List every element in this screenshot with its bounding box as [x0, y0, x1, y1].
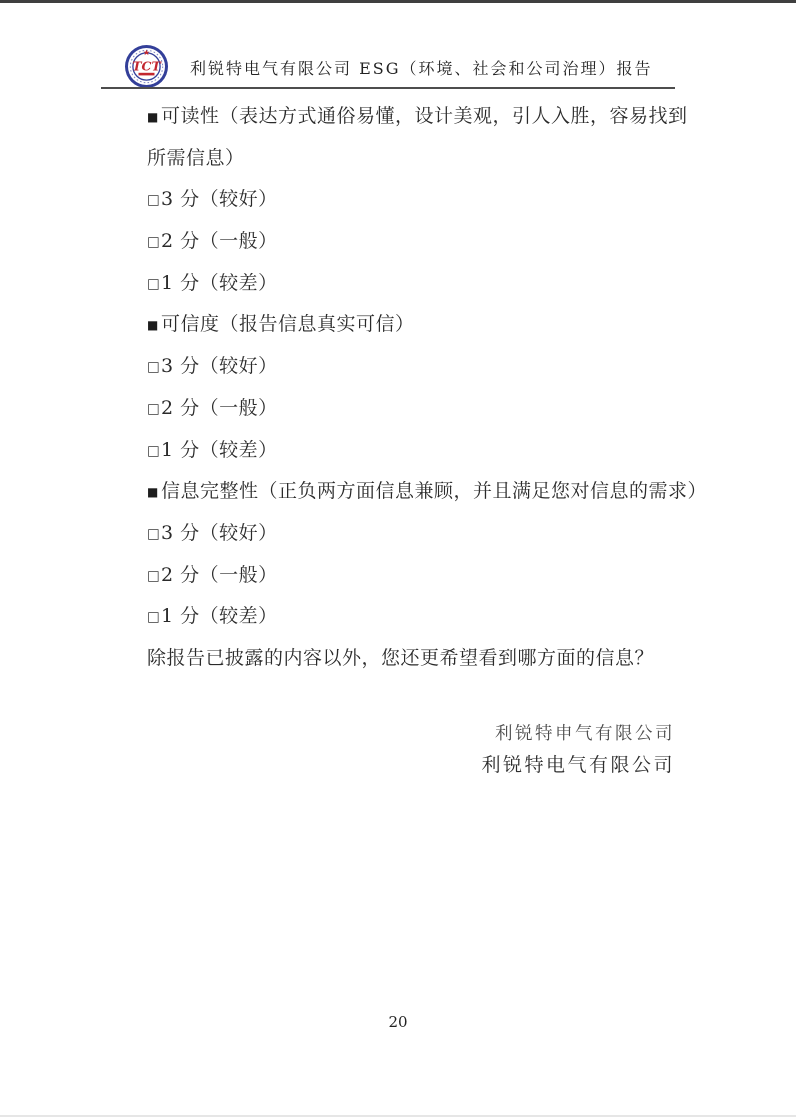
line-text: 3 分（较好） — [161, 355, 278, 377]
survey-line: □2 分（一般） — [147, 388, 747, 430]
line-marker-icon: □ — [147, 347, 161, 389]
survey-line: 除报告已披露的内容以外，您还更希望看到哪方面的信息？ — [147, 638, 747, 680]
survey-line: □2 分（一般） — [147, 555, 747, 597]
report-page: TCT 利锐特电气有限公司 ESG（环境、社会和公司治理）报告 ■可读性（表达方… — [0, 0, 796, 1117]
signature-company-name-light: 利锐特申气有限公司 — [481, 719, 675, 750]
line-marker-icon: □ — [147, 556, 161, 598]
survey-line: ■可读性（表达方式通俗易懂，设计美观，引人入胜，容易找到 — [147, 96, 747, 138]
line-text: 2 分（一般） — [161, 564, 278, 586]
page-top-edge — [0, 0, 796, 3]
line-text: 除报告已披露的内容以外，您还更希望看到哪方面的信息？ — [147, 647, 654, 669]
survey-line: 所需信息） — [147, 138, 747, 180]
survey-line: □2 分（一般） — [147, 221, 747, 263]
survey-line: ■可信度（报告信息真实可信） — [147, 304, 747, 346]
line-text: 1 分（较差） — [161, 272, 278, 294]
line-marker-icon: □ — [147, 222, 161, 264]
line-text: 1 分（较差） — [161, 439, 278, 461]
svg-text:TCT: TCT — [132, 59, 162, 74]
survey-line: □1 分（较差） — [147, 430, 747, 472]
line-text: 3 分（较好） — [161, 522, 278, 544]
line-marker-icon: □ — [147, 514, 161, 556]
line-marker-icon: □ — [147, 597, 161, 639]
line-text: 可读性（表达方式通俗易懂，设计美观，引人入胜，容易找到 — [161, 105, 688, 127]
line-text: 1 分（较差） — [161, 605, 278, 627]
line-marker-icon: ■ — [147, 97, 161, 139]
signature-block: 利锐特申气有限公司 利锐特电气有限公司 — [481, 719, 675, 781]
line-text: 所需信息） — [147, 147, 245, 169]
company-badge-logo: TCT — [124, 44, 169, 89]
line-text: 2 分（一般） — [161, 230, 278, 252]
line-marker-icon: ■ — [147, 305, 161, 347]
survey-line: □3 分（较好） — [147, 179, 747, 221]
survey-line: □3 分（较好） — [147, 513, 747, 555]
line-marker-icon: □ — [147, 431, 161, 473]
survey-line: □3 分（较好） — [147, 346, 747, 388]
company-badge-icon: TCT — [124, 44, 169, 89]
line-marker-icon: □ — [147, 389, 161, 431]
line-text: 可信度（报告信息真实可信） — [161, 313, 415, 335]
survey-line: □1 分（较差） — [147, 596, 747, 638]
survey-lines: ■可读性（表达方式通俗易懂，设计美观，引人入胜，容易找到 所需信息） □3 分（… — [147, 96, 747, 680]
survey-line: ■信息完整性（正负两方面信息兼顾，并且满足您对信息的需求） — [147, 471, 747, 513]
line-text: 信息完整性（正负两方面信息兼顾，并且满足您对信息的需求） — [161, 480, 707, 502]
line-marker-icon: □ — [147, 180, 161, 222]
page-number: 20 — [0, 1013, 796, 1031]
survey-line: □1 分（较差） — [147, 263, 747, 305]
line-marker-icon: ■ — [147, 472, 161, 514]
line-text: 3 分（较好） — [161, 188, 278, 210]
header-rule — [101, 87, 675, 89]
line-text: 2 分（一般） — [161, 397, 278, 419]
signature-company-name: 利锐特电气有限公司 — [481, 750, 675, 781]
report-header-title: 利锐特电气有限公司 ESG（环境、社会和公司治理）报告 — [190, 56, 653, 79]
line-marker-icon: □ — [147, 264, 161, 306]
